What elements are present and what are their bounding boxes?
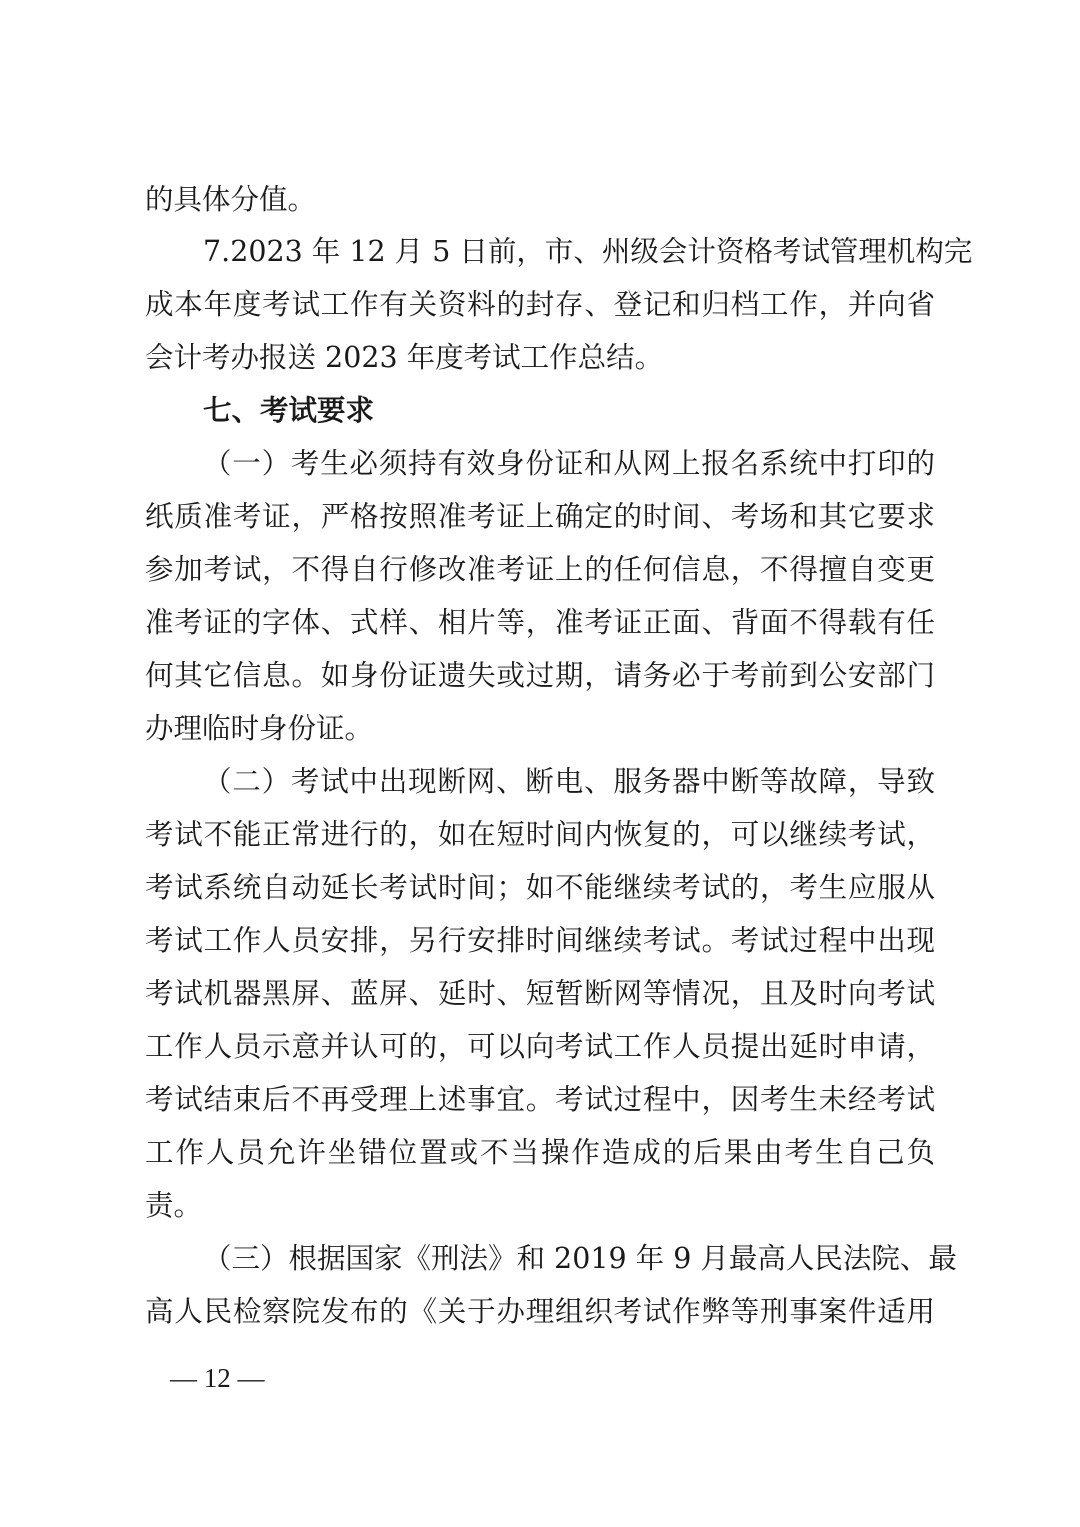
text-line: 考试工作人员安排，另行安排时间继续考试。考试过程中出现 <box>145 915 935 967</box>
text-line: 考试不能正常进行的，如在短时间内恢复的，可以继续考试， <box>145 809 935 861</box>
text-line: 考试结束后不再受理上述事宜。考试过程中，因考生未经考试 <box>145 1074 935 1126</box>
text-line: 纸质准考证，严格按照准考证上确定的时间、考场和其它要求 <box>145 491 935 543</box>
section-heading: 七、考试要求 <box>203 385 935 437</box>
text-line: （三）根据国家《刑法》和 2019 年 9 月最高人民法院、最 <box>203 1233 935 1285</box>
text-line: 高人民检察院发布的《关于办理组织考试作弊等刑事案件适用 <box>145 1286 935 1338</box>
text-line: 办理临时身份证。 <box>145 703 935 755</box>
text-line: 工作人员示意并认可的，可以向考试工作人员提出延时申请， <box>145 1021 935 1073</box>
text-line: 准考证的字体、式样、相片等，准考证正面、背面不得载有任 <box>145 597 935 649</box>
text-line: 参加考试，不得自行修改准考证上的任何信息，不得擅自变更 <box>145 544 935 596</box>
text-line: 的具体分值。 <box>145 174 935 226</box>
text-line: （二）考试中出现断网、断电、服务器中断等故障，导致 <box>203 756 935 808</box>
page-number: — 12 — <box>170 1358 265 1398</box>
text-line: （一）考生必须持有效身份证和从网上报名系统中打印的 <box>203 438 935 490</box>
text-line: 7.2023 年 12 月 5 日前，市、州级会计资格考试管理机构完 <box>203 226 935 278</box>
text-line: 考试系统自动延长考试时间；如不能继续考试的，考生应服从 <box>145 862 935 914</box>
text-line: 责。 <box>145 1180 935 1232</box>
text-line: 成本年度考试工作有关资料的封存、登记和归档工作，并向省 <box>145 279 935 331</box>
document-page: 的具体分值。7.2023 年 12 月 5 日前，市、州级会计资格考试管理机构完… <box>0 0 1080 1527</box>
text-line: 考试机器黑屏、蓝屏、延时、短暂断网等情况，且及时向考试 <box>145 968 935 1020</box>
text-line: 会计考办报送 2023 年度考试工作总结。 <box>145 332 935 384</box>
text-line: 何其它信息。如身份证遗失或过期，请务必于考前到公安部门 <box>145 650 935 702</box>
text-line: 工作人员允许坐错位置或不当操作造成的后果由考生自己负 <box>145 1127 935 1179</box>
